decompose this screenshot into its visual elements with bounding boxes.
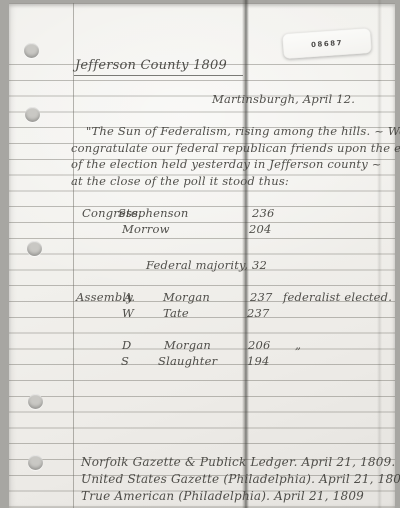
table-row: W Tate 237 <box>0 306 400 322</box>
candidate-name: Morrow <box>122 222 170 236</box>
source-citation: Norfolk Gazette & Publick Ledger. April … <box>81 455 395 469</box>
vote-count: 194 <box>247 354 270 368</box>
result-note: federalist elected. <box>283 290 392 304</box>
page-title: Jefferson County 1809 <box>74 58 243 73</box>
paragraph-line: congratulate our federal republican frie… <box>71 141 400 155</box>
vote-count: 206 <box>248 338 271 352</box>
table-row: D Morgan 206 „ <box>0 338 400 354</box>
punch-hole <box>28 455 43 470</box>
table-row: S Slaughter 194 <box>0 354 400 370</box>
punch-hole <box>24 43 39 58</box>
candidate-name: Morgan <box>164 338 211 352</box>
margin-line <box>73 3 74 508</box>
candidate-initial: S <box>121 354 129 368</box>
table-row: Assembly. A Morgan 237 federalist electe… <box>0 290 400 306</box>
candidate-initial: D <box>122 338 131 352</box>
photocopy-crease-faint <box>377 0 382 508</box>
source-citation: United States Gazette (Philadelphia). Ap… <box>81 472 400 486</box>
punch-hole <box>27 241 42 256</box>
candidate-name: Morgan <box>163 290 210 304</box>
photocopy-crease <box>242 0 249 508</box>
catalog-number: 08687 <box>311 38 343 48</box>
table-row: Morrow 204 <box>0 222 400 238</box>
punch-hole <box>25 107 40 122</box>
candidate-name: Slaughter <box>158 354 217 368</box>
vote-count: 204 <box>249 222 272 236</box>
scanned-notebook-page: { "colors": { "paper": "#f1f0ec", "surro… <box>0 0 400 508</box>
table-row: Congress. Stephenson 236 <box>0 206 400 222</box>
vote-count: 236 <box>252 206 275 220</box>
candidate-name: Stephenson <box>118 206 189 220</box>
source-citation: True American (Philadelphia). April 21, … <box>81 489 364 503</box>
vote-count: 237 <box>250 290 273 304</box>
candidate-initial: A <box>124 290 133 304</box>
vote-count: 237 <box>247 306 270 320</box>
ditto-mark: „ <box>295 338 301 352</box>
dateline: Martinsburgh, April 12. <box>212 92 355 106</box>
paragraph-line: at the close of the poll it stood thus: <box>71 174 289 188</box>
page-title-text: Jefferson County 1809 <box>74 58 243 76</box>
notebook-paper <box>9 3 395 508</box>
punch-hole <box>28 394 43 409</box>
paragraph-line: of the election held yesterday in Jeffer… <box>71 157 382 171</box>
candidate-name: Tate <box>163 306 189 320</box>
candidate-initial: W <box>122 306 134 320</box>
